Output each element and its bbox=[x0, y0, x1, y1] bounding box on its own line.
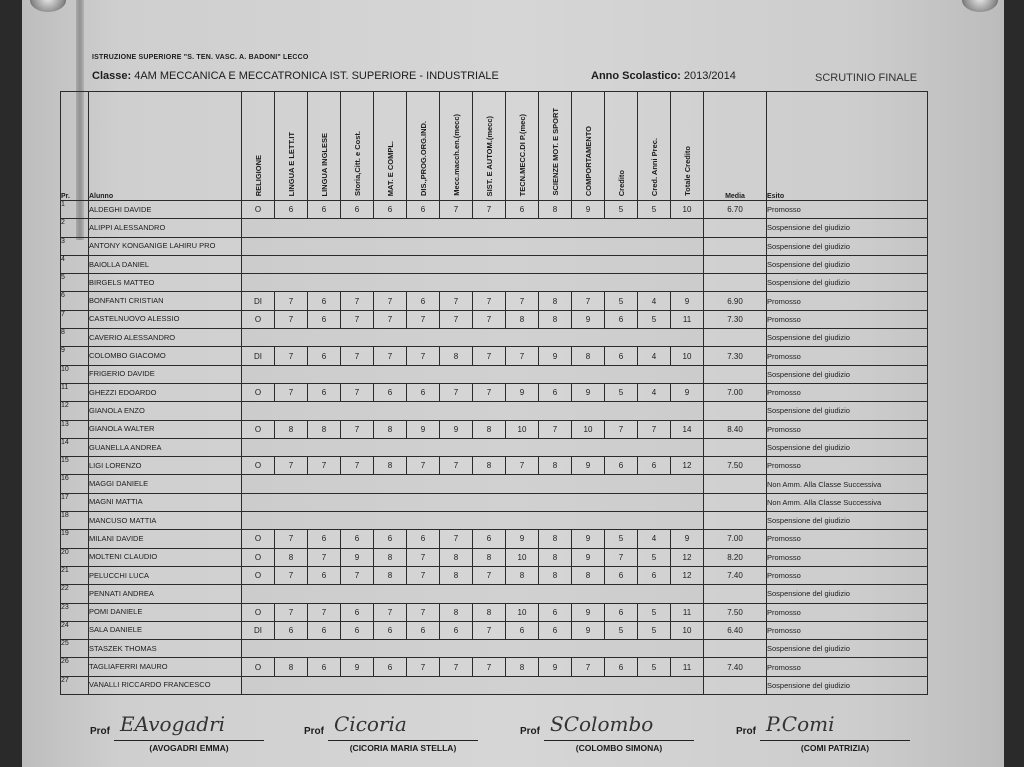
student-name: CASTELNUOVO ALESSIO bbox=[89, 310, 242, 328]
table-row: 13GIANOLA WALTERO88789981071077148.40Pro… bbox=[61, 420, 928, 438]
grade-cell: 7 bbox=[440, 310, 473, 328]
outcome-cell: Sospensione del giudizio bbox=[767, 365, 928, 383]
grade-cell: 8 bbox=[374, 457, 407, 475]
grade-cell: 6 bbox=[473, 530, 506, 548]
grade-cell: DI bbox=[242, 347, 275, 365]
table-row: 25STASZEK THOMASSospensione del giudizio bbox=[61, 640, 928, 658]
grade-cell: 7 bbox=[473, 201, 506, 219]
grade-cell: O bbox=[242, 420, 275, 438]
subject-label: Totale Credito bbox=[683, 146, 692, 196]
average-cell bbox=[704, 237, 767, 255]
average-cell bbox=[704, 512, 767, 530]
row-number: 24 bbox=[61, 621, 89, 639]
handwritten-signature: P.Comi bbox=[766, 712, 834, 736]
average-cell bbox=[704, 676, 767, 694]
subject-label: Storia,Citt. e Cost. bbox=[353, 131, 362, 196]
outcome-cell: Promosso bbox=[767, 621, 928, 639]
student-name: GUANELLA ANDREA bbox=[89, 438, 242, 456]
average-cell bbox=[704, 438, 767, 456]
session-title: SCRUTINIO FINALE bbox=[815, 72, 917, 84]
grade-cell: 9 bbox=[572, 383, 605, 401]
outcome-cell: Sospensione del giudizio bbox=[767, 219, 928, 237]
outcome-cell: Promosso bbox=[767, 383, 928, 401]
grade-cell: 6 bbox=[407, 383, 440, 401]
grade-cell: 7 bbox=[572, 292, 605, 310]
grade-cell: 7 bbox=[275, 310, 308, 328]
grade-cell: 7 bbox=[341, 383, 374, 401]
col-esito: Esito bbox=[767, 92, 928, 201]
outcome-cell: Promosso bbox=[767, 566, 928, 584]
grade-cell: 9 bbox=[506, 383, 539, 401]
average-cell bbox=[704, 640, 767, 658]
outcome-cell: Sospensione del giudizio bbox=[767, 640, 928, 658]
grade-cell: 6 bbox=[308, 201, 341, 219]
grade-cell: 8 bbox=[506, 566, 539, 584]
student-name: MANCUSO MATTIA bbox=[89, 512, 242, 530]
outcome-cell: Promosso bbox=[767, 603, 928, 621]
grade-cell: 9 bbox=[572, 530, 605, 548]
average-cell: 7.00 bbox=[704, 383, 767, 401]
grade-cell: 6 bbox=[407, 530, 440, 548]
outcome-cell: Sospensione del giudizio bbox=[767, 585, 928, 603]
prof-label: Prof bbox=[304, 726, 324, 737]
col-subject: SCIENZE MOT. E SPORT bbox=[539, 92, 572, 201]
grade-cell: 5 bbox=[638, 201, 671, 219]
average-cell bbox=[704, 219, 767, 237]
grade-cell: 6 bbox=[638, 457, 671, 475]
empty-grades bbox=[242, 438, 704, 456]
average-cell bbox=[704, 329, 767, 347]
grade-cell: 6 bbox=[374, 530, 407, 548]
signature-line bbox=[114, 740, 264, 741]
average-cell bbox=[704, 365, 767, 383]
average-cell: 6.90 bbox=[704, 292, 767, 310]
grade-cell: 7 bbox=[341, 310, 374, 328]
outcome-cell: Promosso bbox=[767, 530, 928, 548]
grade-cell: DI bbox=[242, 621, 275, 639]
grade-cell: 14 bbox=[671, 420, 704, 438]
grade-cell: 7 bbox=[275, 530, 308, 548]
student-name: ANTONY KONGANIGE LAHIRU PRO bbox=[89, 237, 242, 255]
grade-cell: 7 bbox=[473, 621, 506, 639]
grade-cell: 11 bbox=[671, 658, 704, 676]
table-row: 14GUANELLA ANDREASospensione del giudizi… bbox=[61, 438, 928, 456]
empty-grades bbox=[242, 640, 704, 658]
grade-cell: 11 bbox=[671, 310, 704, 328]
grade-cell: 10 bbox=[671, 621, 704, 639]
table-row: 17MAGNI MATTIANon Amm. Alla Classe Succe… bbox=[61, 493, 928, 511]
row-number: 17 bbox=[61, 493, 89, 511]
empty-grades bbox=[242, 329, 704, 347]
grade-cell: O bbox=[242, 530, 275, 548]
grade-cell: 8 bbox=[275, 658, 308, 676]
grade-cell: 7 bbox=[473, 383, 506, 401]
average-cell: 8.40 bbox=[704, 420, 767, 438]
grade-cell: 9 bbox=[671, 292, 704, 310]
pushpin-icon bbox=[30, 0, 66, 12]
grade-cell: 8 bbox=[473, 420, 506, 438]
table-row: 2ALIPPI ALESSANDROSospensione del giudiz… bbox=[61, 219, 928, 237]
grade-cell: 5 bbox=[605, 530, 638, 548]
grade-cell: 5 bbox=[638, 310, 671, 328]
grade-cell: 5 bbox=[638, 548, 671, 566]
grade-cell: 4 bbox=[638, 347, 671, 365]
grade-cell: O bbox=[242, 383, 275, 401]
subject-label: TECN.MECC.DI P.(mec) bbox=[518, 114, 527, 196]
grade-cell: 6 bbox=[605, 457, 638, 475]
subject-label: Cred. Anni Prec. bbox=[650, 138, 659, 196]
class-label: Classe: bbox=[92, 70, 131, 82]
grade-cell: O bbox=[242, 201, 275, 219]
grade-cell: 7 bbox=[440, 201, 473, 219]
grade-cell: 9 bbox=[572, 457, 605, 475]
grade-cell: 7 bbox=[374, 347, 407, 365]
student-name: MAGGI DANIELE bbox=[89, 475, 242, 493]
school-name: ISTRUZIONE SUPERIORE "S. TEN. VASC. A. B… bbox=[92, 54, 309, 61]
grade-cell: 9 bbox=[671, 530, 704, 548]
student-name: ALDEGHI DAVIDE bbox=[89, 201, 242, 219]
grade-cell: 8 bbox=[539, 292, 572, 310]
grade-cell: 6 bbox=[407, 621, 440, 639]
signatures: Prof EAvogadri (AVOGADRI EMMA) Prof Cico… bbox=[90, 718, 930, 767]
grade-cell: 9 bbox=[572, 621, 605, 639]
grade-cell: 8 bbox=[473, 603, 506, 621]
signature-line bbox=[544, 740, 694, 741]
empty-grades bbox=[242, 475, 704, 493]
table-row: 18MANCUSO MATTIASospensione del giudizio bbox=[61, 512, 928, 530]
table-row: 8CAVERIO ALESSANDROSospensione del giudi… bbox=[61, 329, 928, 347]
row-number: 10 bbox=[61, 365, 89, 383]
outcome-cell: Sospensione del giudizio bbox=[767, 329, 928, 347]
grade-cell: 8 bbox=[374, 548, 407, 566]
grade-cell: 8 bbox=[308, 420, 341, 438]
student-name: GHEZZI EDOARDO bbox=[89, 383, 242, 401]
empty-grades bbox=[242, 365, 704, 383]
grade-cell: 6 bbox=[341, 603, 374, 621]
row-number: 6 bbox=[61, 292, 89, 310]
grade-cell: 7 bbox=[506, 347, 539, 365]
grade-cell: 12 bbox=[671, 566, 704, 584]
col-subject: LINGUA E LETT.IT bbox=[275, 92, 308, 201]
student-name: POMI DANIELE bbox=[89, 603, 242, 621]
table-row: 15LIGI LORENZOO777877878966127.50Promoss… bbox=[61, 457, 928, 475]
grade-cell: 6 bbox=[308, 383, 341, 401]
col-subject: Mecc.macch.en.(mecc) bbox=[440, 92, 473, 201]
grade-cell: 8 bbox=[275, 548, 308, 566]
grade-cell: 10 bbox=[572, 420, 605, 438]
grade-cell: 6 bbox=[308, 658, 341, 676]
outcome-cell: Promosso bbox=[767, 292, 928, 310]
student-name: MILANI DAVIDE bbox=[89, 530, 242, 548]
grade-cell: 8 bbox=[440, 548, 473, 566]
subject-label: COMPORTAMENTO bbox=[584, 126, 593, 196]
grade-cell: 5 bbox=[605, 292, 638, 310]
table-row: 7CASTELNUOVO ALESSIOO767777788965117.30P… bbox=[61, 310, 928, 328]
outcome-cell: Promosso bbox=[767, 658, 928, 676]
row-number: 4 bbox=[61, 255, 89, 273]
subject-label: Mecc.macch.en.(mecc) bbox=[452, 114, 461, 196]
grade-cell: 7 bbox=[308, 548, 341, 566]
col-subject: MAT. E COMPL. bbox=[374, 92, 407, 201]
average-cell bbox=[704, 493, 767, 511]
average-cell: 7.50 bbox=[704, 603, 767, 621]
col-subject: COMPORTAMENTO bbox=[572, 92, 605, 201]
table-row: 10FRIGERIO DAVIDESospensione del giudizi… bbox=[61, 365, 928, 383]
empty-grades bbox=[242, 493, 704, 511]
grade-cell: 7 bbox=[341, 566, 374, 584]
row-number: 5 bbox=[61, 274, 89, 292]
class-info: Classe: 4AM MECCANICA E MECCATRONICA IST… bbox=[92, 70, 499, 82]
row-number: 18 bbox=[61, 512, 89, 530]
col-subject: DIS.,PROG.ORG.IND. bbox=[407, 92, 440, 201]
col-pr: Pr. bbox=[61, 92, 89, 201]
grade-cell: 8 bbox=[539, 530, 572, 548]
average-cell: 7.40 bbox=[704, 566, 767, 584]
grade-cell: 8 bbox=[506, 310, 539, 328]
grade-cell: 6 bbox=[506, 201, 539, 219]
outcome-cell: Sospensione del giudizio bbox=[767, 274, 928, 292]
table-row: 11GHEZZI EDOARDOO76766779695497.00Promos… bbox=[61, 383, 928, 401]
grade-cell: 6 bbox=[275, 621, 308, 639]
grade-cell: 6 bbox=[308, 347, 341, 365]
grade-cell: 9 bbox=[572, 201, 605, 219]
grade-cell: 6 bbox=[341, 201, 374, 219]
col-subject: SIST. E AUTOM.(mecc) bbox=[473, 92, 506, 201]
grade-cell: 6 bbox=[605, 566, 638, 584]
grade-cell: 6 bbox=[374, 621, 407, 639]
grade-cell: 7 bbox=[473, 566, 506, 584]
prof-label: Prof bbox=[520, 726, 540, 737]
row-number: 16 bbox=[61, 475, 89, 493]
grade-cell: 8 bbox=[275, 420, 308, 438]
grade-cell: 8 bbox=[572, 566, 605, 584]
average-cell: 8.20 bbox=[704, 548, 767, 566]
grade-cell: 9 bbox=[341, 658, 374, 676]
outcome-cell: Promosso bbox=[767, 420, 928, 438]
grade-cell: 7 bbox=[605, 548, 638, 566]
col-subject: Credito bbox=[605, 92, 638, 201]
grade-cell: 8 bbox=[539, 457, 572, 475]
teacher-name: (AVOGADRI EMMA) bbox=[114, 743, 264, 753]
student-name: MOLTENI CLAUDIO bbox=[89, 548, 242, 566]
grade-cell: 8 bbox=[539, 310, 572, 328]
row-number: 15 bbox=[61, 457, 89, 475]
student-name: PELUCCHI LUCA bbox=[89, 566, 242, 584]
subject-label: SCIENZE MOT. E SPORT bbox=[551, 108, 560, 196]
table-row: 9COLOMBO GIACOMODI767778779864107.30Prom… bbox=[61, 347, 928, 365]
grade-cell: 9 bbox=[572, 310, 605, 328]
student-name: PENNATI ANDREA bbox=[89, 585, 242, 603]
grade-cell: 6 bbox=[506, 621, 539, 639]
subject-label: SIST. E AUTOM.(mecc) bbox=[485, 116, 494, 196]
grade-cell: 7 bbox=[341, 420, 374, 438]
student-name: GIANOLA WALTER bbox=[89, 420, 242, 438]
grade-cell: 12 bbox=[671, 457, 704, 475]
row-number: 20 bbox=[61, 548, 89, 566]
table-row: 23POMI DANIELEO7767788106965117.50Promos… bbox=[61, 603, 928, 621]
grade-cell: 6 bbox=[308, 621, 341, 639]
handwritten-signature: EAvogadri bbox=[120, 712, 225, 736]
grade-cell: 7 bbox=[407, 658, 440, 676]
average-cell: 7.50 bbox=[704, 457, 767, 475]
table-row: 3ANTONY KONGANIGE LAHIRU PROSospensione … bbox=[61, 237, 928, 255]
average-cell: 7.40 bbox=[704, 658, 767, 676]
grade-cell: 9 bbox=[506, 530, 539, 548]
col-subject: LINGUA INGLESE bbox=[308, 92, 341, 201]
subject-label: MAT. E COMPL. bbox=[386, 141, 395, 196]
grade-cell: 7 bbox=[341, 292, 374, 310]
subject-label: RELIGIONE bbox=[254, 155, 263, 196]
grade-cell: 6 bbox=[308, 530, 341, 548]
table-row: 22PENNATI ANDREASospensione del giudizio bbox=[61, 585, 928, 603]
grade-cell: 7 bbox=[440, 530, 473, 548]
grade-cell: 7 bbox=[374, 603, 407, 621]
student-name: TAGLIAFERRI MAURO bbox=[89, 658, 242, 676]
grade-cell: 7 bbox=[473, 310, 506, 328]
grade-cell: 6 bbox=[539, 383, 572, 401]
grade-cell: 8 bbox=[473, 457, 506, 475]
handwritten-signature: Cicoria bbox=[334, 712, 407, 736]
empty-grades bbox=[242, 237, 704, 255]
grade-cell: 7 bbox=[374, 310, 407, 328]
row-number: 8 bbox=[61, 329, 89, 347]
grade-cell: 7 bbox=[605, 420, 638, 438]
outcome-cell: Non Amm. Alla Classe Successiva bbox=[767, 475, 928, 493]
grade-cell: 6 bbox=[407, 292, 440, 310]
grade-cell: 7 bbox=[638, 420, 671, 438]
row-number: 3 bbox=[61, 237, 89, 255]
grade-cell: 7 bbox=[473, 347, 506, 365]
grade-cell: 7 bbox=[407, 347, 440, 365]
row-number: 27 bbox=[61, 676, 89, 694]
grade-cell: 9 bbox=[341, 548, 374, 566]
grade-cell: 7 bbox=[275, 383, 308, 401]
prof-label: Prof bbox=[736, 726, 756, 737]
grade-cell: 8 bbox=[506, 658, 539, 676]
grade-cell: 9 bbox=[440, 420, 473, 438]
class-value: 4AM MECCANICA E MECCATRONICA IST. SUPERI… bbox=[134, 70, 499, 82]
student-name: MAGNI MATTIA bbox=[89, 493, 242, 511]
prof-label: Prof bbox=[90, 726, 110, 737]
empty-grades bbox=[242, 512, 704, 530]
row-number: 13 bbox=[61, 420, 89, 438]
col-subject: TECN.MECC.DI P.(mec) bbox=[506, 92, 539, 201]
average-cell bbox=[704, 402, 767, 420]
outcome-cell: Sospensione del giudizio bbox=[767, 255, 928, 273]
average-cell: 6.70 bbox=[704, 201, 767, 219]
outcome-cell: Promosso bbox=[767, 310, 928, 328]
grade-cell: 7 bbox=[275, 566, 308, 584]
subject-label: DIS.,PROG.ORG.IND. bbox=[419, 121, 428, 196]
grade-cell: 6 bbox=[308, 566, 341, 584]
grade-cell: 6 bbox=[638, 566, 671, 584]
grade-cell: 6 bbox=[605, 658, 638, 676]
row-number: 9 bbox=[61, 347, 89, 365]
grade-cell: 10 bbox=[671, 347, 704, 365]
grade-cell: 7 bbox=[407, 603, 440, 621]
grade-cell: 5 bbox=[605, 621, 638, 639]
table-row: 5BIRGELS MATTEOSospensione del giudizio bbox=[61, 274, 928, 292]
outcome-cell: Non Amm. Alla Classe Successiva bbox=[767, 493, 928, 511]
grade-cell: 8 bbox=[440, 566, 473, 584]
row-number: 11 bbox=[61, 383, 89, 401]
col-subject: RELIGIONE bbox=[242, 92, 275, 201]
grade-cell: 6 bbox=[275, 201, 308, 219]
table-row: 4BAIOLLA DANIELSospensione del giudizio bbox=[61, 255, 928, 273]
grade-cell: 8 bbox=[374, 566, 407, 584]
grade-cell: 10 bbox=[671, 201, 704, 219]
empty-grades bbox=[242, 585, 704, 603]
grade-cell: 7 bbox=[407, 310, 440, 328]
grade-cell: 8 bbox=[440, 603, 473, 621]
grade-cell: 4 bbox=[638, 292, 671, 310]
grade-cell: 6 bbox=[440, 621, 473, 639]
grade-cell: 8 bbox=[572, 347, 605, 365]
grade-cell: 6 bbox=[308, 310, 341, 328]
grade-cell: 11 bbox=[671, 603, 704, 621]
grade-cell: 7 bbox=[440, 658, 473, 676]
outcome-cell: Sospensione del giudizio bbox=[767, 237, 928, 255]
outcome-cell: Sospensione del giudizio bbox=[767, 438, 928, 456]
grade-cell: 6 bbox=[605, 310, 638, 328]
grade-cell: 7 bbox=[473, 658, 506, 676]
row-number: 7 bbox=[61, 310, 89, 328]
grade-cell: 8 bbox=[374, 420, 407, 438]
grade-cell: 7 bbox=[275, 292, 308, 310]
grade-cell: 6 bbox=[407, 201, 440, 219]
average-cell: 7.00 bbox=[704, 530, 767, 548]
grade-cell: 7 bbox=[539, 420, 572, 438]
average-cell bbox=[704, 585, 767, 603]
table-row: 24SALA DANIELEDI666666766955106.40Promos… bbox=[61, 621, 928, 639]
grade-cell: 6 bbox=[374, 658, 407, 676]
grade-cell: 7 bbox=[506, 292, 539, 310]
grade-cell: 8 bbox=[473, 548, 506, 566]
grade-cell: 9 bbox=[407, 420, 440, 438]
subject-label: Credito bbox=[617, 170, 626, 196]
grade-cell: 8 bbox=[539, 201, 572, 219]
grade-cell: 7 bbox=[341, 457, 374, 475]
table-row: 1ALDEGHI DAVIDEO666667768955106.70Promos… bbox=[61, 201, 928, 219]
student-name: ALIPPI ALESSANDRO bbox=[89, 219, 242, 237]
grade-cell: 5 bbox=[605, 383, 638, 401]
grade-cell: 10 bbox=[506, 420, 539, 438]
grade-cell: 7 bbox=[407, 548, 440, 566]
grade-cell: 10 bbox=[506, 603, 539, 621]
handwritten-signature: SColombo bbox=[550, 712, 653, 736]
subject-label: LINGUA E LETT.IT bbox=[287, 132, 296, 196]
outcome-cell: Promosso bbox=[767, 201, 928, 219]
grades-table: Pr. Alunno RELIGIONELINGUA E LETT.ITLING… bbox=[60, 91, 928, 695]
row-number: 2 bbox=[61, 219, 89, 237]
grade-cell: 4 bbox=[638, 383, 671, 401]
grade-cell: 5 bbox=[605, 201, 638, 219]
row-number: 25 bbox=[61, 640, 89, 658]
col-student: Alunno bbox=[89, 92, 242, 201]
outcome-cell: Sospensione del giudizio bbox=[767, 676, 928, 694]
student-name: COLOMBO GIACOMO bbox=[89, 347, 242, 365]
row-number: 12 bbox=[61, 402, 89, 420]
grade-cell: 7 bbox=[275, 457, 308, 475]
signature-line bbox=[760, 740, 910, 741]
outcome-cell: Sospensione del giudizio bbox=[767, 402, 928, 420]
average-cell: 7.30 bbox=[704, 347, 767, 365]
col-media: Media bbox=[704, 92, 767, 201]
student-name: BIRGELS MATTEO bbox=[89, 274, 242, 292]
year-value: 2013/2014 bbox=[684, 70, 736, 82]
grade-cell: 7 bbox=[440, 383, 473, 401]
empty-grades bbox=[242, 274, 704, 292]
